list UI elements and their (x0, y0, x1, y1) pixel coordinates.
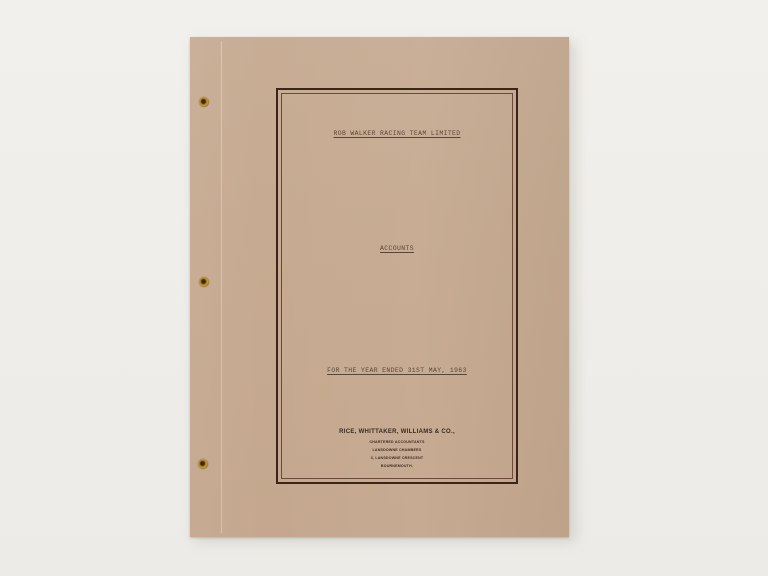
binder-grommet-bottom-icon (198, 459, 208, 469)
binding-fold-line (221, 41, 222, 533)
document-heading: ACCOUNTS (278, 245, 516, 252)
binder-grommet-top-icon (199, 97, 209, 107)
inner-rule-border (281, 93, 513, 479)
company-title: ROB WALKER RACING TEAM LIMITED (278, 130, 516, 137)
accounting-period: FOR THE YEAR ENDED 31ST MAY, 1963 (278, 367, 516, 374)
accountant-designation: CHARTERED ACCOUNTANTS (278, 440, 516, 444)
accountant-address-town: BOURNEMOUTH. (278, 464, 516, 468)
binder-grommet-middle-icon (199, 277, 209, 287)
accountant-address-building: LANSDOWNE CHAMBERS (278, 448, 516, 452)
accountant-firm-name: RICE, WHITTAKER, WILLIAMS & CO., (278, 429, 516, 435)
accounts-cover-sheet: ROB WALKER RACING TEAM LIMITED ACCOUNTS … (190, 37, 569, 537)
accountant-address-street: 3, LANSDOWNE CRESCENT (278, 456, 516, 460)
double-rule-border: ROB WALKER RACING TEAM LIMITED ACCOUNTS … (276, 88, 518, 484)
